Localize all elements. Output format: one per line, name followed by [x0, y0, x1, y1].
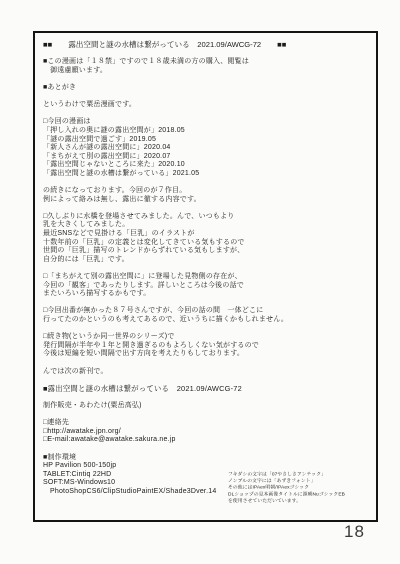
- age-notice-line: 御遠慮願います。: [43, 67, 370, 76]
- paragraph-line: 自分的には「巨乳」です。: [43, 256, 370, 265]
- paragraph-line: □今回出番が無かった８７号さんですが、今回の話の間 一体どこに: [43, 307, 370, 316]
- afterword-heading: ■あとがき: [43, 84, 370, 93]
- works-list-item: 「押し入れの奥に謎の露出空間が」2018.05: [43, 127, 370, 136]
- production-pc: HP Pavilion 500-150jp: [43, 462, 370, 471]
- paragraph-line: □続き物(というか同一世界のシリーズ)で: [43, 333, 370, 342]
- contact-block: □連絡先 □http://awatake.jpn.org/ □E-mail:aw…: [43, 419, 370, 445]
- works-list-item: 「露出空間じゃないところに来た」2020.10: [43, 161, 370, 170]
- book-title-block: ■露出空間と謎の水槽は繋がっている 2021.09/AWCG-72: [43, 385, 370, 394]
- intro-paragraph: というわけで粟岳漫画です。: [43, 101, 370, 110]
- paragraph-line: 世間の「巨乳」描写のトレンドからずれている気もしますが、: [43, 247, 370, 256]
- series-paragraph: □続き物(というか同一世界のシリーズ)で 発行間隔が半年や１年と開き過ぎるのもよ…: [43, 333, 370, 359]
- header-left-mark: ■■: [43, 41, 52, 50]
- paragraph-line: 例によって絡みは無し、露出に徹する内容です。: [43, 196, 370, 205]
- page-header: ■■ 露出空間と謎の水槽は繋がっている 2021.09/AWCG-72 ■■: [43, 41, 370, 50]
- contact-email: □E-mail:awatake@awatake.sakura.ne.jp: [43, 436, 370, 445]
- page-title: 露出空間と謎の水槽は繋がっている 2021.09/AWCG-72: [68, 41, 261, 50]
- page-number: 18: [344, 522, 365, 542]
- spectators-paragraph: □「まちがえて別の露出空間に」に登場した見物側の存在が、 今回の「観客」であった…: [43, 273, 370, 299]
- works-list-lead: □今回の漫画は: [43, 118, 370, 127]
- works-list: □今回の漫画は 「押し入れの奥に謎の露出空間が」2018.05 「謎の露出空間で…: [43, 118, 370, 178]
- afterword-page: ■■ 露出空間と謎の水槽は繋がっている 2021.09/AWCG-72 ■■ ■…: [0, 0, 400, 564]
- credit-block: 制作販売・あわたけ(粟岳高弘): [43, 402, 370, 411]
- age-notice: ■この漫画は「１８禁」ですので１８歳未満の方の購入、閲覧は 御遠慮願います。: [43, 58, 370, 75]
- paragraph-line: の続きになっております。今回のが７作目。: [43, 187, 370, 196]
- paragraph-line: んでは次の新刊で。: [43, 368, 370, 377]
- mizuhashi-paragraph: □久しぶりに水橋を登場させてみました。んで、いつもより 乳を大きくしてみました。…: [43, 213, 370, 265]
- age-notice-line: ■この漫画は「１８禁」ですので１８歳未満の方の購入、閲覧は: [43, 58, 370, 67]
- contact-heading: □連絡先: [43, 419, 370, 428]
- font-credit-line: を使用させていただいています。: [228, 497, 383, 504]
- header-right-mark: ■■: [277, 41, 286, 50]
- works-list-item: 「謎の露出空間で過ごす」2019.05: [43, 136, 370, 145]
- credit-line: 制作販売・あわたけ(粟岳高弘): [43, 402, 370, 411]
- font-credits-block: フキダシの文字は「07やさしさアンチック」 ノンブルの文字には「あずきフォント」…: [228, 471, 383, 504]
- intro-line: というわけで粟岳漫画です。: [43, 101, 370, 110]
- closing-paragraph: んでは次の新刊で。: [43, 368, 370, 377]
- paragraph-line: またいろいろ描写するかもです。: [43, 290, 370, 299]
- works-list-item: 「露出空間と謎の水槽は繋がっている」2021.05: [43, 170, 370, 179]
- paragraph-line: 行ってたのかというのも考えてあるので、近いうちに描くかもしれません。: [43, 316, 370, 325]
- paragraph-line: 乳を大きくしてみました。: [43, 221, 370, 230]
- font-credit-line: DLショップの見本画像タイトルに源暎NuゴシックEB: [228, 491, 383, 498]
- paragraph-line: 最近SNSなどで見掛ける「巨乳」のイラストが: [43, 230, 370, 239]
- paragraph-line: □「まちがえて別の露出空間に」に登場した見物側の存在が、: [43, 273, 370, 282]
- production-heading: ■制作環境: [43, 454, 370, 463]
- book-title-line: ■露出空間と謎の水槽は繋がっている 2021.09/AWCG-72: [43, 385, 370, 394]
- contact-website: □http://awatake.jpn.org/: [43, 428, 370, 437]
- font-credit-line: ノンブルの文字には「あずきフォント」: [228, 478, 383, 485]
- paragraph-line: 今回の「観客」であったりします。詳しいところは今後の話で: [43, 282, 370, 291]
- no87-paragraph: □今回出番が無かった８７号さんですが、今回の話の間 一体どこに 行ってたのかとい…: [43, 307, 370, 324]
- continuation-paragraph: の続きになっております。今回のが７作目。 例によって絡みは無し、露出に徹する内容…: [43, 187, 370, 204]
- page-frame: ■■ 露出空間と謎の水槽は繋がっている 2021.09/AWCG-72 ■■ ■…: [33, 31, 378, 522]
- afterword-heading-text: ■あとがき: [43, 84, 370, 93]
- works-list-item: 「新人さんが謎の露出空間に」2020.04: [43, 144, 370, 153]
- paragraph-line: 十数年前の「巨乳」の定義とは変化してきている気もするので: [43, 239, 370, 248]
- paragraph-line: 今後は短編を短い間隔で出す方向を考えたりもしております。: [43, 350, 370, 359]
